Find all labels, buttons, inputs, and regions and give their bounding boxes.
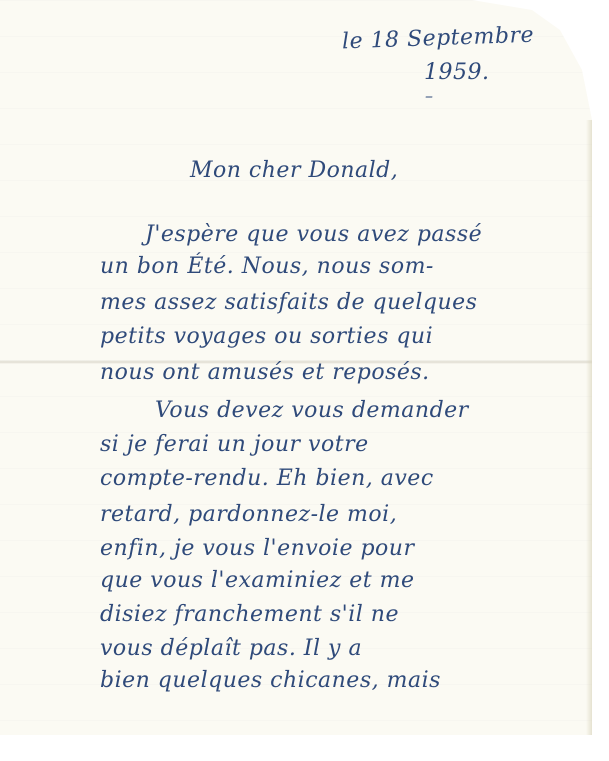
letter-page: le 18 Septembre 1959. – Mon cher Donald,… xyxy=(0,0,592,735)
letter-line: petits voyages ou sorties qui xyxy=(100,324,433,349)
letter-line: vous déplaît pas. Il y a xyxy=(100,636,362,661)
letter-line: nous ont amusés et reposés. xyxy=(100,360,430,385)
letter-line: enfin, je vous l'envoie pour xyxy=(100,536,415,561)
letter-line: mes assez satisfaits de quelques xyxy=(100,290,477,315)
paper-edge xyxy=(586,120,592,735)
letter-line: J'espère que vous avez passé xyxy=(145,222,482,247)
letter-line: bien quelques chicanes, mais xyxy=(100,668,441,693)
salutation: Mon cher Donald, xyxy=(190,158,398,183)
letter-line: retard, pardonnez-le moi, xyxy=(100,502,397,527)
letter-line: un bon Été. Nous, nous som- xyxy=(100,254,434,279)
dash-mark: – xyxy=(425,86,434,105)
letter-line: que vous l'examiniez et me xyxy=(100,568,414,593)
letter-line: Vous devez vous demander xyxy=(155,398,469,423)
letter-line: compte-rendu. Eh bien, avec xyxy=(100,466,434,491)
letter-line: si je ferai un jour votre xyxy=(100,432,369,457)
letter-year: 1959. xyxy=(424,60,489,85)
paper-speck xyxy=(93,741,95,743)
letter-line: disiez franchement s'il ne xyxy=(100,602,399,627)
